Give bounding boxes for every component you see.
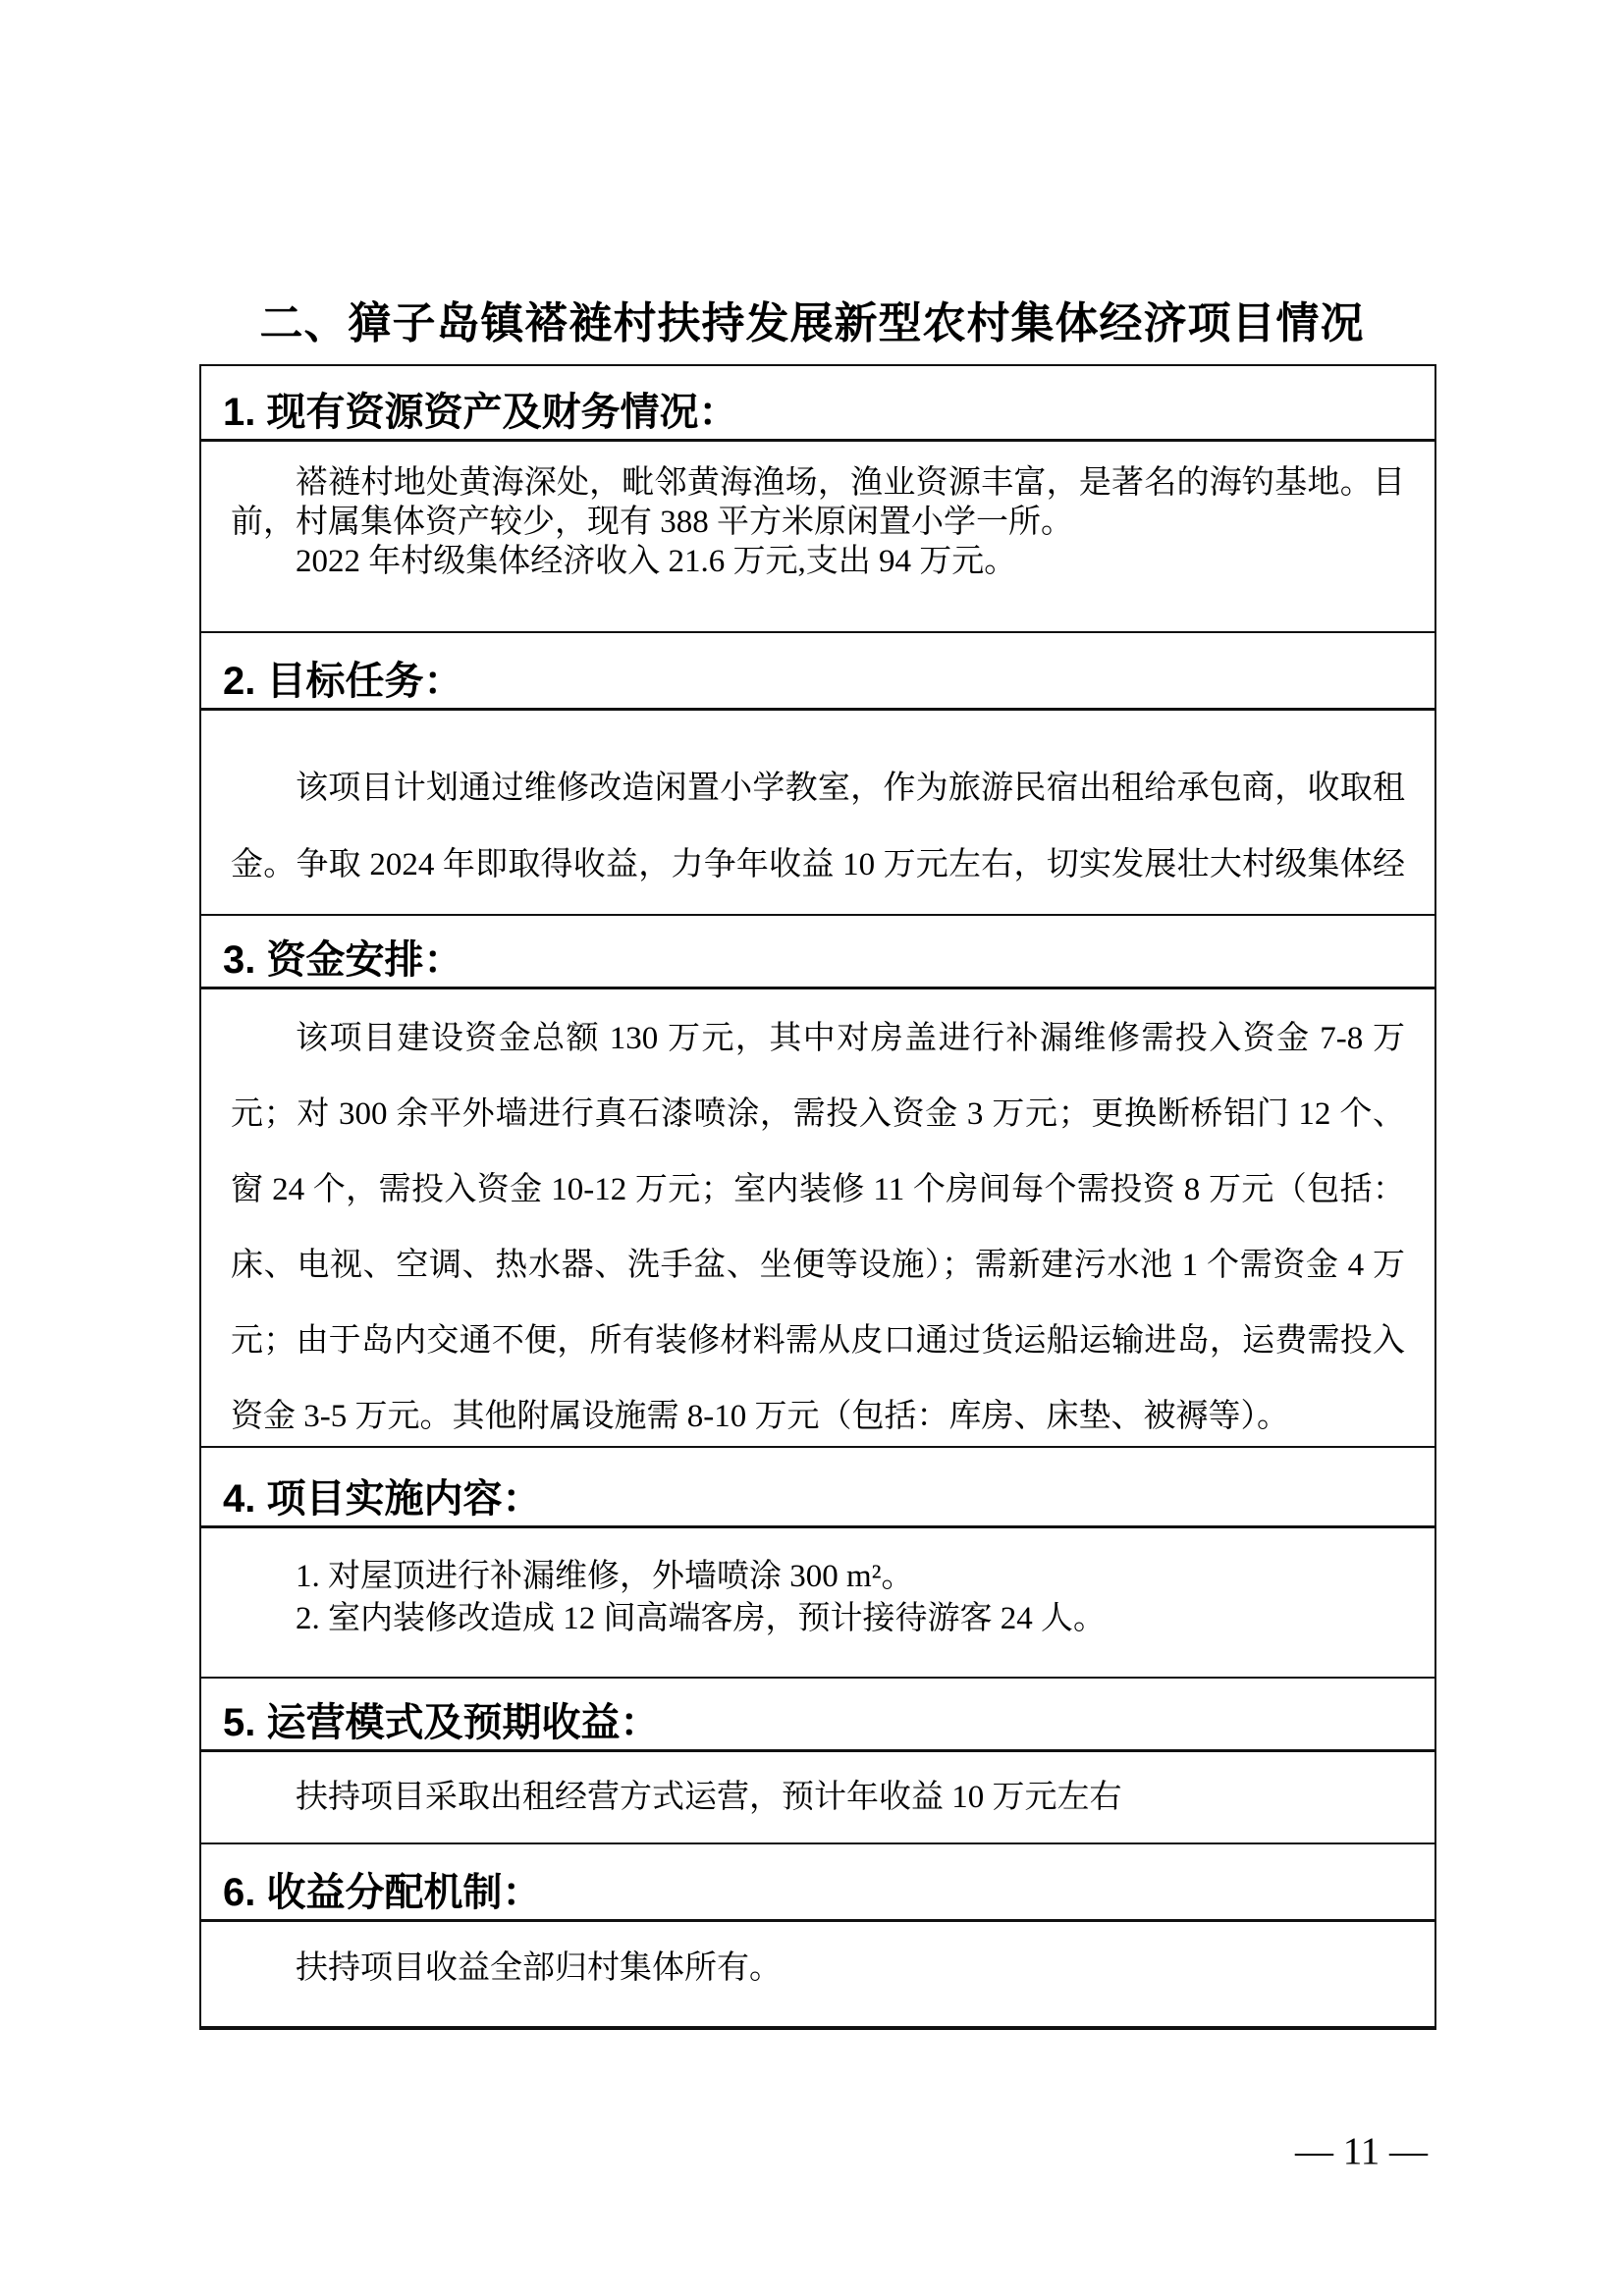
section-6-heading-label: 6. 收益分配机制： [223, 1873, 541, 1912]
section-1-paragraph: 褡裢村地处黄海深处，毗邻黄海渔场，渔业资源丰富，是著名的海钓基地。目前，村属集体… [231, 463, 1405, 542]
section-3-paragraph: 该项目建设资金总额 130 万元，其中对房盖进行补漏维修需投入资金 7-8 万元… [231, 1001, 1405, 1448]
document-page: 二、獐子岛镇褡裢村扶持发展新型农村集体经济项目情况 1. 现有资源资产及财务情况… [0, 0, 1624, 2296]
section-4-body: 1. 对屋顶进行补漏维修，外墙喷涂 300 m²。 2. 室内装修改造成 12 … [201, 1528, 1435, 1679]
section-2-heading: 2. 目标任务： [201, 633, 1435, 711]
section-6-body: 扶持项目收益全部归村集体所有。 [201, 1922, 1435, 2026]
section-3-heading-label: 3. 资金安排： [223, 940, 462, 980]
section-5-heading: 5. 运营模式及预期收益： [201, 1679, 1435, 1752]
section-6-heading: 6. 收益分配机制： [201, 1844, 1435, 1922]
section-6-paragraph: 扶持项目收益全部归村集体所有。 [231, 1948, 1405, 1990]
section-3-heading: 3. 资金安排： [201, 916, 1435, 989]
page-number: — 11 — [1295, 2130, 1428, 2173]
page-title: 二、獐子岛镇褡裢村扶持发展新型农村集体经济项目情况 [0, 296, 1624, 351]
section-1-body: 褡裢村地处黄海深处，毗邻黄海渔场，渔业资源丰富，是著名的海钓基地。目前，村属集体… [201, 442, 1435, 633]
section-4-heading-label: 4. 项目实施内容： [223, 1479, 541, 1519]
section-4-heading: 4. 项目实施内容： [201, 1448, 1435, 1528]
section-5-body: 扶持项目采取出租经营方式运营，预计年收益 10 万元左右 [201, 1752, 1435, 1844]
section-2-heading-label: 2. 目标任务： [223, 662, 462, 701]
section-5-heading-label: 5. 运营模式及预期收益： [223, 1703, 659, 1742]
section-5-paragraph: 扶持项目采取出租经营方式运营，预计年收益 10 万元左右 [231, 1777, 1405, 1819]
section-1-heading-label: 1. 现有资源资产及财务情况： [223, 393, 737, 432]
section-3-body: 该项目建设资金总额 130 万元，其中对房盖进行补漏维修需投入资金 7-8 万元… [201, 989, 1435, 1448]
section-1-paragraph: 2022 年村级集体经济收入 21.6 万元,支出 94 万元。 [231, 542, 1405, 581]
project-info-table: 1. 现有资源资产及财务情况： 褡裢村地处黄海深处，毗邻黄海渔场，渔业资源丰富，… [199, 364, 1436, 2030]
section-2-paragraph: 该项目计划通过维修改造闲置小学教室，作为旅游民宿出租给承包商，收取租金。争取 2… [231, 750, 1405, 916]
section-2-body: 该项目计划通过维修改造闲置小学教室，作为旅游民宿出租给承包商，收取租金。争取 2… [201, 711, 1435, 916]
section-4-list-item: 2. 室内装修改造成 12 间高端客房，预计接待游客 24 人。 [231, 1598, 1405, 1640]
section-1-heading: 1. 现有资源资产及财务情况： [201, 366, 1435, 442]
section-4-list-item: 1. 对屋顶进行补漏维修，外墙喷涂 300 m²。 [231, 1556, 1405, 1598]
